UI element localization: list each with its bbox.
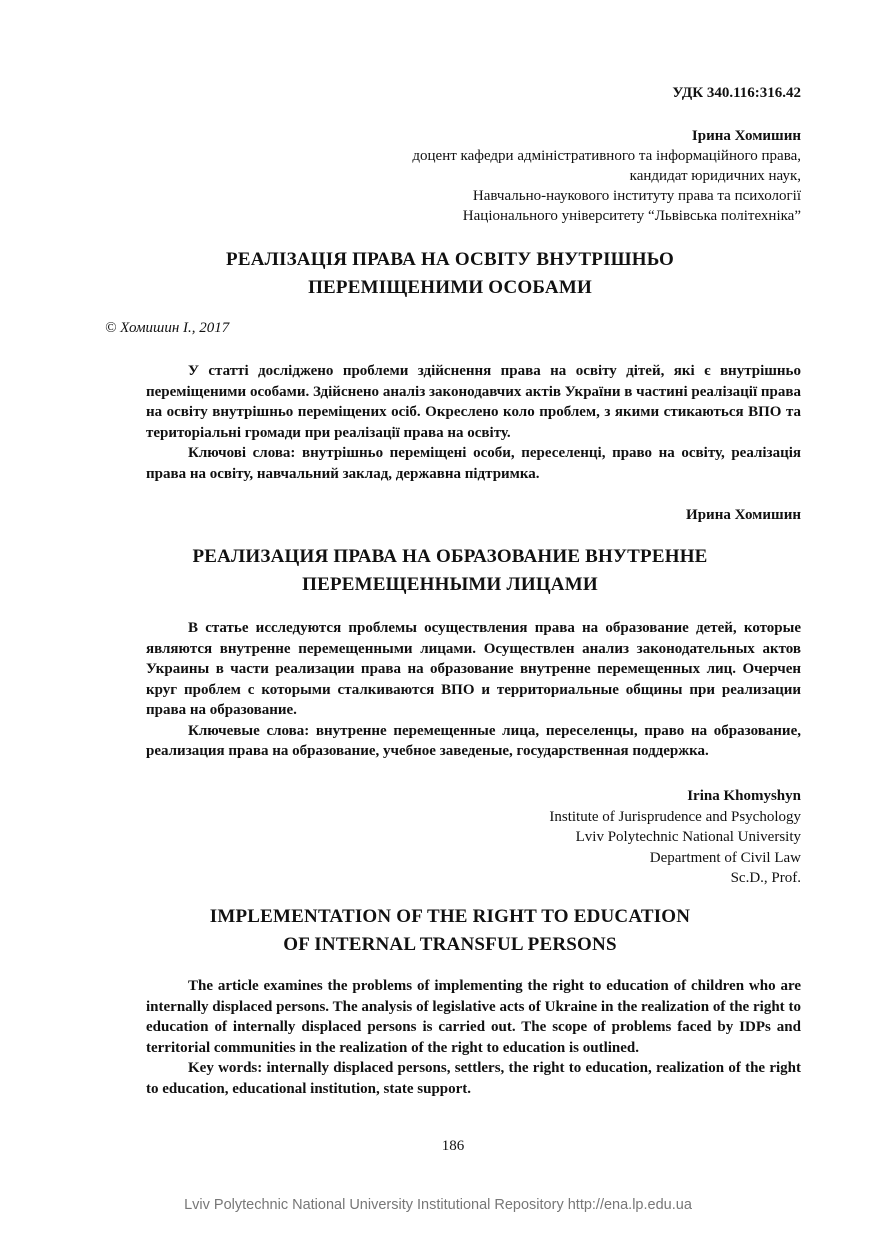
ua-author-block: Ірина Хомишин доцент кафедри адміністрат…	[330, 126, 801, 226]
en-abstract-text: The article examines the problems of imp…	[146, 976, 801, 1058]
ru-abstract-text: В статье исследуются проблемы осуществле…	[146, 618, 801, 721]
en-title-line: OF INTERNAL TRANSFUL PERSONS	[100, 931, 800, 959]
ua-keywords: Ключові слова: внутрішньо переміщені осо…	[146, 443, 801, 484]
ru-title: РЕАЛИЗАЦИЯ ПРАВА НА ОБРАЗОВАНИЕ ВНУТРЕНН…	[100, 543, 800, 599]
ru-keywords: Ключевые слова: внутренне перемещенные л…	[146, 721, 801, 762]
ru-title-line: ПЕРЕМЕЩЕННЫМИ ЛИЦАМИ	[100, 571, 800, 599]
en-title: IMPLEMENTATION OF THE RIGHT TO EDUCATION…	[100, 903, 800, 959]
ua-title: РЕАЛІЗАЦІЯ ПРАВА НА ОСВІТУ ВНУТРІШНЬО ПЕ…	[100, 246, 800, 302]
en-author-block: Irina Khomyshyn Institute of Jurispruden…	[400, 786, 801, 889]
en-affiliation-line: Lviv Polytechnic National University	[400, 827, 801, 848]
ua-abstract: У статті досліджено проблеми здійснення …	[146, 361, 801, 484]
udk-code: УДК 340.116:316.42	[400, 85, 801, 102]
ua-affiliation-line: Навчально-наукового інституту права та п…	[330, 186, 801, 206]
ua-abstract-text: У статті досліджено проблеми здійснення …	[146, 361, 801, 443]
en-keywords: Key words: internally displaced persons,…	[146, 1058, 801, 1099]
ua-affiliation-line: Національного університету “Львівська по…	[330, 206, 801, 226]
en-title-line: IMPLEMENTATION OF THE RIGHT TO EDUCATION	[100, 903, 800, 931]
repository-footer: Lviv Polytechnic National University Ins…	[0, 1197, 876, 1213]
ua-author-name: Ірина Хомишин	[330, 126, 801, 146]
en-abstract: The article examines the problems of imp…	[146, 976, 801, 1099]
ru-author-name: Ирина Хомишин	[400, 507, 801, 524]
en-affiliation-line: Institute of Jurisprudence and Psycholog…	[400, 807, 801, 828]
en-affiliation-line: Department of Civil Law	[400, 848, 801, 869]
ua-affiliation-line: доцент кафедри адміністративного та інфо…	[330, 146, 801, 166]
copyright-notice: © Хомишин І., 2017	[105, 320, 229, 337]
document-page: УДК 340.116:316.42 Ірина Хомишин доцент …	[0, 0, 876, 1240]
ru-title-line: РЕАЛИЗАЦИЯ ПРАВА НА ОБРАЗОВАНИЕ ВНУТРЕНН…	[100, 543, 800, 571]
ua-title-line: ПЕРЕМІЩЕНИМИ ОСОБАМИ	[100, 274, 800, 302]
en-affiliation-line: Sc.D., Prof.	[400, 868, 801, 889]
en-author-name: Irina Khomyshyn	[400, 786, 801, 807]
ru-abstract: В статье исследуются проблемы осуществле…	[146, 618, 801, 762]
ua-affiliation-line: кандидат юридичних наук,	[330, 166, 801, 186]
ua-title-line: РЕАЛІЗАЦІЯ ПРАВА НА ОСВІТУ ВНУТРІШНЬО	[100, 246, 800, 274]
page-number: 186	[0, 1138, 876, 1155]
